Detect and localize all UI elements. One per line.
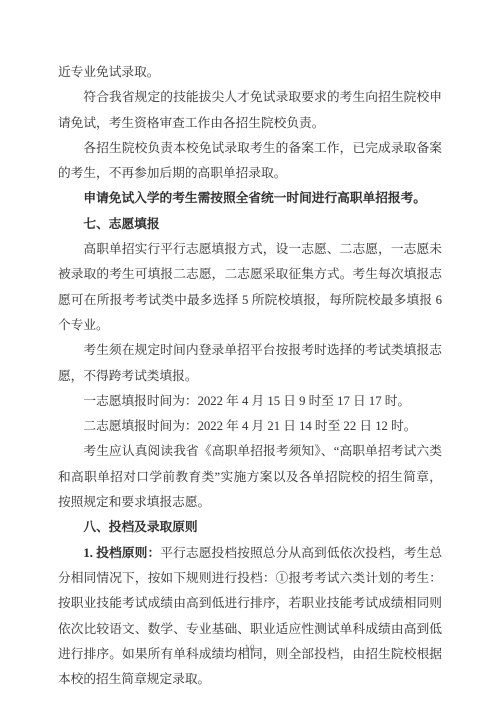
notice-exemption-registration: 申请免试入学的考生需按照全省统一时间进行高职单招报考。 xyxy=(58,186,442,211)
section-heading-volunteer-filling: 七、志愿填报 xyxy=(58,212,442,237)
line-second-volunteer-time: 二志愿填报时间为：2022 年 4 月 21 日 14 时至 22 日 12 时… xyxy=(58,414,442,439)
paragraph-read-notice: 考生应认真阅读我省《高职单招报考须知》、“高职单招考试六类和高职单招对口学前教育… xyxy=(58,439,442,515)
page-number: 10 xyxy=(0,643,500,653)
line-first-volunteer-time: 一志愿填报时间为：2022 年 4 月 15 日 9 时至 17 日 17 时。 xyxy=(58,389,442,414)
archive-principle-lead: 1. 投档原则： xyxy=(83,546,160,560)
paragraph-exemption-continuation: 近专业免试录取。 xyxy=(58,60,442,85)
archive-principle-body: 平行志愿投档按照总分从高到低依次投档，考生总分相同情况下，按如下规则进行投档：①… xyxy=(58,546,442,686)
paragraph-parallel-volunteer: 高职单招实行平行志愿填报方式，设一志愿、二志愿，一志愿未被录取的考生可填报二志愿… xyxy=(58,237,442,338)
paragraph-school-filing: 各招生院校负责本校免试录取考生的备案工作，已完成录取备案的考生，不再参加后期的高… xyxy=(58,136,442,187)
document-page: 近专业免试录取。 符合我省规定的技能拔尖人才免试录取要求的考生向招生院校申请免试… xyxy=(0,0,500,706)
paragraph-archive-principle: 1. 投档原则：平行志愿投档按照总分从高到低依次投档，考生总分相同情况下，按如下… xyxy=(58,541,442,693)
paragraph-platform-login: 考生须在规定时间内登录单招平台按报考时选择的考试类填报志愿，不得跨考试类填报。 xyxy=(58,338,442,389)
section-heading-archive-admission: 八、投档及录取原则 xyxy=(58,515,442,540)
paragraph-skill-talent-exemption: 符合我省规定的技能拔尖人才免试录取要求的考生向招生院校申请免试，考生资格审查工作… xyxy=(58,85,442,136)
document-content: 近专业免试录取。 符合我省规定的技能拔尖人才免试录取要求的考生向招生院校申请免试… xyxy=(58,60,442,692)
